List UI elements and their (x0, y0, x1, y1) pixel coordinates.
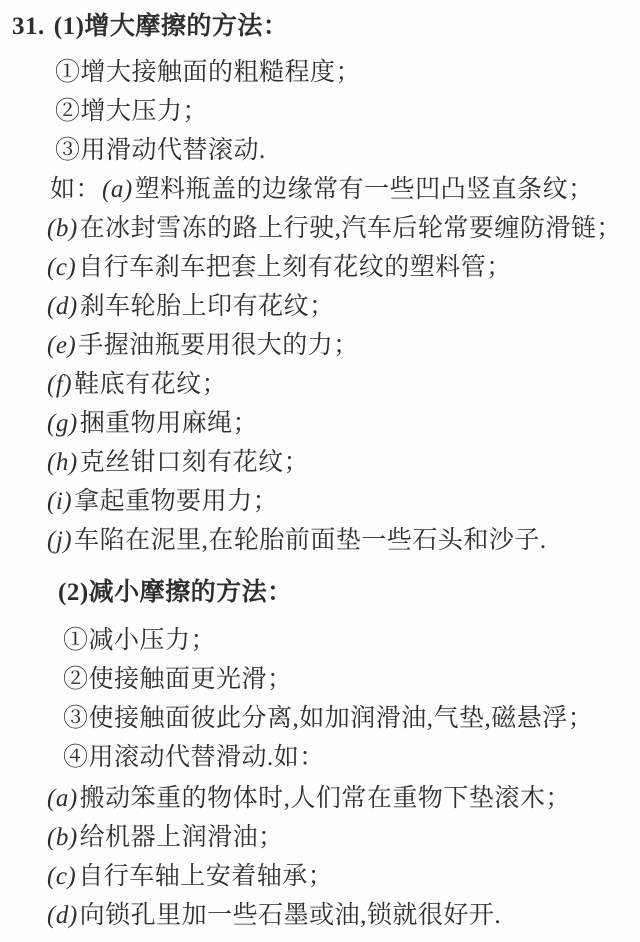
section2-heading: (2)减小摩擦的方法： (0, 573, 640, 612)
example2-label-b: (b) (46, 824, 80, 851)
problem-number: 31. (12, 13, 45, 40)
example2-label-d: (d) (46, 902, 80, 929)
section1-example-j: (j)车陷在泥里,在轮胎前面垫一些石头和沙子. (0, 521, 640, 560)
section1-example-a: 如：(a)塑料瓶盖的边缘常有一些凹凸竖直条纹； (0, 170, 640, 209)
section2-item-4: ④用滚动代替滑动.如： (0, 738, 640, 777)
example-label-h: (h) (46, 449, 80, 476)
examples-intro: 如： (50, 176, 101, 203)
section2-example-c: (c)自行车轴上安着轴承； (0, 857, 640, 896)
section2-item-1: ①减小压力； (0, 621, 640, 660)
example-label-c: (c) (46, 254, 78, 281)
section1-example-g: (g)捆重物用麻绳； (0, 404, 640, 443)
example2-label-a: (a) (46, 785, 80, 812)
problem-31-heading: 31.(1)增大摩擦的方法： (0, 7, 640, 46)
section1-example-e: (e)手握油瓶要用很大的力； (0, 326, 640, 365)
section2-item-2: ②使接触面更光滑； (0, 660, 640, 699)
section2-example-b: (b)给机器上润滑油； (0, 818, 640, 857)
section2-example-d: (d)向锁孔里加一些石墨或油,锁就很好开. (0, 896, 640, 935)
section2-example-a: (a)搬动笨重的物体时,人们常在重物下垫滚木； (0, 779, 640, 818)
example-label-f: (f) (46, 371, 74, 398)
section1-example-f: (f)鞋底有花纹； (0, 365, 640, 404)
section1-example-b: (b)在冰封雪冻的路上行驶,汽车后轮常要缠防滑链； (0, 209, 640, 248)
section1-heading: (1)增大摩擦的方法： (54, 13, 289, 40)
section1-item-3: ③用滑动代替滚动. (0, 131, 640, 170)
example-label-d: (d) (46, 293, 80, 320)
section1-example-i: (i)拿起重物要用力； (0, 482, 640, 521)
example-label-b: (b) (46, 215, 80, 242)
section2-item-3: ③使接触面彼此分离,如加润滑油,气垫,磁悬浮； (0, 699, 640, 738)
example-label-a: (a) (101, 176, 135, 203)
section1-example-d: (d)刹车轮胎上印有花纹； (0, 287, 640, 326)
example-label-i: (i) (46, 488, 74, 515)
section1-item-1: ①增大接触面的粗糙程度； (0, 53, 640, 92)
textbook-answer-page: 31.(1)增大摩擦的方法： ①增大接触面的粗糙程度； ②增大压力； ③用滑动代… (0, 0, 640, 942)
example-label-e: (e) (46, 332, 78, 359)
example-label-g: (g) (46, 410, 80, 437)
example2-label-c: (c) (46, 863, 78, 890)
section1-item-2: ②增大压力； (0, 92, 640, 131)
section1-example-h: (h)克丝钳口刻有花纹； (0, 443, 640, 482)
example-label-j: (j) (46, 527, 74, 554)
section1-example-c: (c)自行车刹车把套上刻有花纹的塑料管； (0, 248, 640, 287)
